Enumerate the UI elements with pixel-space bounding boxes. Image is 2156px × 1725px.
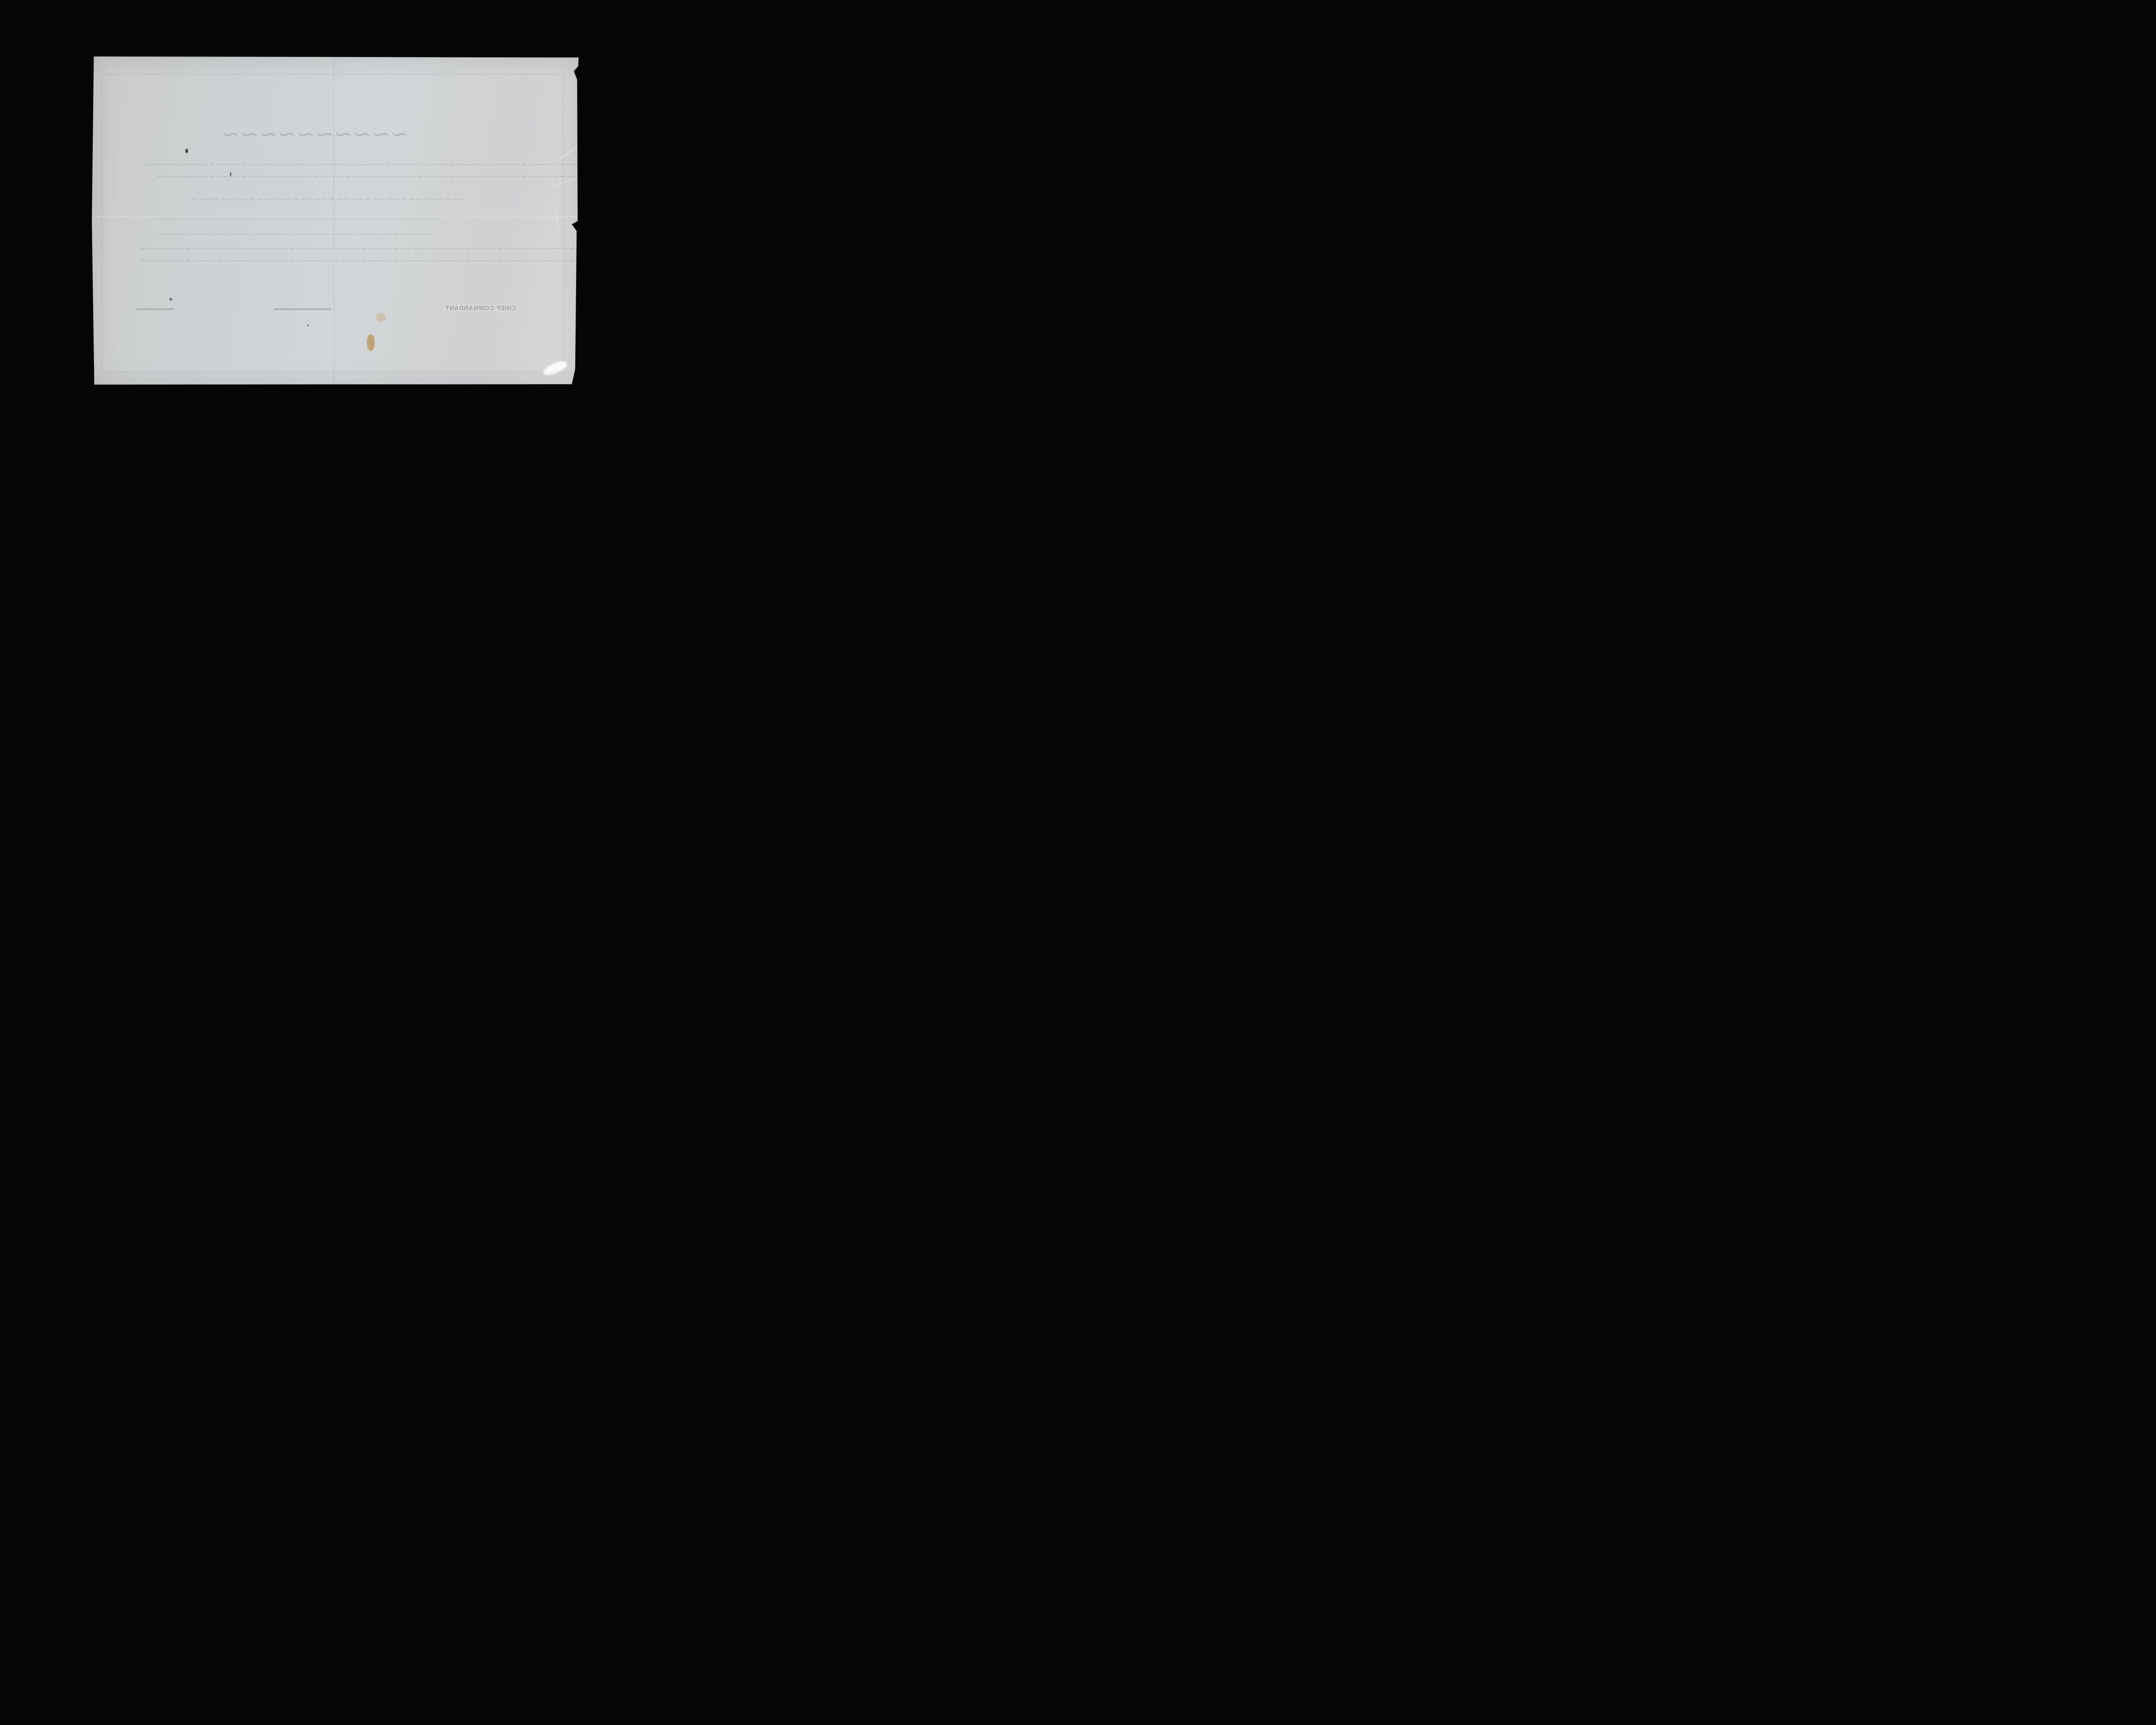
signature-block-center: ▬▬▬▬▬▬▬▬▬ (273, 304, 331, 311)
decorative-border (101, 74, 564, 373)
water-stain (367, 335, 375, 351)
show-through-line: ~~~~~~~~~~~~~~~~~~~~~~~~~~~~~~~~~~~~~~~~… (139, 244, 676, 253)
ink-spot (230, 172, 232, 176)
show-through-line: ~~~~~~~~~~~~~~~~~~~~~~~~~~~~~~~~~~~~~~~~… (144, 160, 631, 169)
show-through-line: ~~~~~~~~~~~~~~~~~~~~~~~~~~~~~~~~~~~~~~~~… (139, 256, 676, 265)
water-stain-faint (376, 313, 386, 322)
ink-spot (185, 149, 188, 153)
signature-block-right: CHIEF COMMANDANT (443, 304, 518, 311)
show-through-line: ~~~~~~~~~~~~~~~~~~~~~~~~~~~~~~~~~~~~~~~~… (157, 230, 434, 238)
show-through-name-line: ~~~~~~~~~~~~~~~~~~~~~~~~~~~~~~~~~~~~~~ (191, 194, 466, 204)
show-through-line: ~~~~~~~~~~~~~~~~~~~~~~~~~~~~~~~~~~~~~~~~… (157, 216, 440, 223)
show-through-title: ~~~~~~~~~~ (221, 121, 409, 147)
show-through-line: ~~~~~~~~~~~~~~~~~~~~~~~~~~~~~~~~~~~~~~~~… (157, 172, 599, 181)
signature-block-left: ▬▬▬▬▬▬ (135, 304, 174, 311)
ink-spot (169, 298, 172, 301)
document-paper: ~~~~~~~~~~ ~~~~~~~~~~~~~~~~~~~~~~~~~~~~~… (92, 56, 579, 386)
ink-spot (307, 325, 309, 326)
